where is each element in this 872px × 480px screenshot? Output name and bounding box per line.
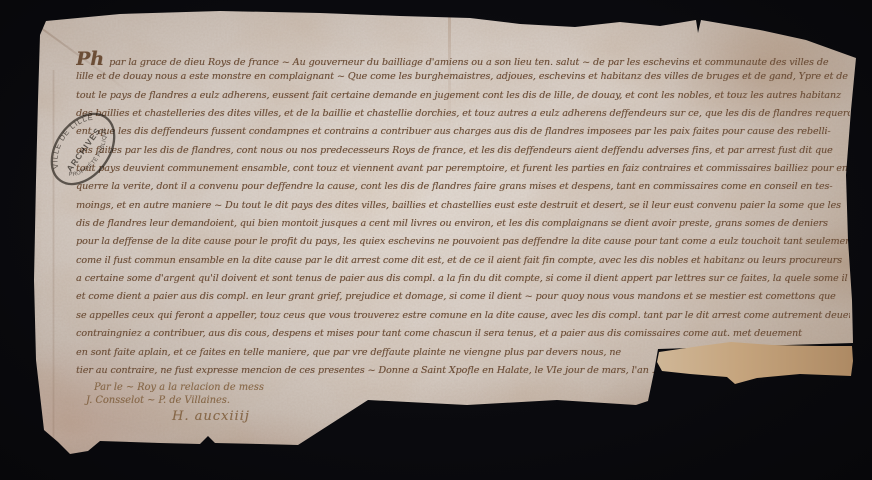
manuscript-line: moings, et en autre maniere ~ Du tout le… bbox=[76, 197, 850, 215]
manuscript-line: tout pays deuvient communement ensamble,… bbox=[76, 160, 850, 178]
manuscript-line: se appelles ceux qui feront a appeller, … bbox=[76, 307, 850, 325]
manuscript-line: ent, que les dis deffendeurs fussent con… bbox=[76, 123, 850, 141]
manuscript-line: Phpar la grace de dieu Roys de france ~ … bbox=[76, 50, 850, 68]
manuscript-line: des baillies et chastelleries des dites … bbox=[76, 105, 850, 123]
manuscript-line: tout le pays de flandres a eulz adherens… bbox=[76, 87, 850, 105]
manuscript-line: querre la verite, dont il a convenu pour… bbox=[76, 178, 850, 196]
manuscript-line: come il fust commun ensamble en la dite … bbox=[76, 252, 850, 270]
parchment-sheet: Phpar la grace de dieu Roys de france ~ … bbox=[0, 0, 872, 480]
manuscript-line: contraingniez a contribuer, aus dis cous… bbox=[76, 325, 850, 343]
closing-line: Par le ~ Roy a la relacion de mess bbox=[94, 382, 264, 393]
manuscript-line: et come dient a paier aus dis compl. en … bbox=[76, 288, 850, 306]
notary-signature: H. aucxiiij bbox=[172, 409, 264, 424]
manuscript-line: ons faites par les dis de flandres, cont… bbox=[76, 142, 850, 160]
manuscript-line: pour la deffense de la dite cause pour l… bbox=[76, 233, 850, 251]
closing-line: J. Consselot ~ P. de Villaines. bbox=[86, 395, 264, 406]
photo-backdrop: Phpar la grace de dieu Roys de france ~ … bbox=[0, 0, 872, 480]
manuscript-line-text: par la grace de dieu Roys de france ~ Au… bbox=[109, 57, 828, 68]
illuminated-initial: Ph bbox=[76, 50, 104, 70]
closing-block: Par le ~ Roy a la relacion de mess J. Co… bbox=[94, 382, 264, 424]
manuscript-text: Phpar la grace de dieu Roys de france ~ … bbox=[76, 50, 850, 382]
manuscript-line: dis de flandres leur demandoient, qui bi… bbox=[76, 215, 850, 233]
manuscript-line: lille et de douay nous a este monstre en… bbox=[76, 68, 850, 86]
manuscript-line: a certaine some d'argent qu'il doivent e… bbox=[76, 270, 850, 288]
